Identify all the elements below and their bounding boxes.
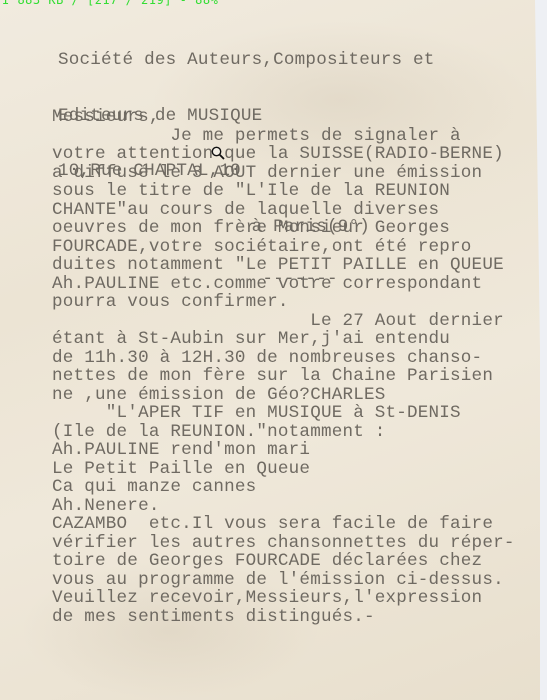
letter-line: Ah.Nenere.	[52, 497, 515, 516]
letter-line: CHANTE"au cours de laquelle diverses	[52, 201, 515, 220]
letter-line: ne ,une émission de Géo?CHARLES	[52, 386, 515, 405]
letter-line: CAZAMBO etc.Il vous sera facile de faire	[52, 515, 515, 534]
letter-line: oeuvres de mon frère Monsieur Georges	[52, 219, 515, 238]
letter-line: toire de Georges FOURCADE déclarées chez	[52, 552, 515, 571]
letter-line: votre attention que la SUISSE(RADIO-BERN…	[52, 145, 515, 164]
letter-line: duites notamment "Le PETIT PAILLE en QUE…	[52, 256, 515, 275]
letter-line: étant à St-Aubin sur Mer,j'ai entendu	[52, 330, 515, 349]
letter-line: Ca qui manze cannes	[52, 478, 515, 497]
letter-line: nettes de mon fère sur la Chaine Parisie…	[52, 367, 515, 386]
letter-body: Messieurs, Je me permets de signaler àvo…	[52, 108, 515, 626]
letter-line: Veuillez recevoir,Messieurs,l'expression	[52, 589, 515, 608]
letter-line: Ah.PAULINE rend'mon mari	[52, 441, 515, 460]
letter-line: de mes sentiments distingués.-	[52, 608, 515, 627]
letter-line: Ah.PAULINE etc.comme votre correspondant	[52, 275, 515, 294]
letter-line: vérifier les autres chansonnettes du rép…	[52, 534, 515, 553]
letter-line: sous le titre de "L'Ile de la REUNION	[52, 182, 515, 201]
letter-line: (Ile de la REUNION."notamment :	[52, 423, 515, 442]
letter-line: "L'APER TIF en MUSIQUE à St-DENIS	[52, 404, 515, 423]
letter-line: de 11h.30 à 12H.30 de nombreuses chanso-	[52, 349, 515, 368]
letter-line: Le 27 Aout dernier	[52, 312, 515, 331]
letter-line: FOURCADE,votre sociétaire,ont été repro	[52, 238, 515, 257]
salutation: Messieurs,	[52, 108, 515, 127]
letter-line: Le Petit Paille en Queue	[52, 460, 515, 479]
magnifier-cursor-icon	[211, 146, 225, 160]
letter-line: pourra vous confirmer.	[52, 293, 515, 312]
letter-line: Je me permets de signaler à	[52, 127, 515, 146]
letter-line: a diffusé le 3 AOUT dernier une émission	[52, 164, 515, 183]
recipient-line: Société des Auteurs,Compositeurs et	[58, 51, 435, 70]
viewer-status-overlay: I 883 KB / [217 / 219] - 88%	[2, 0, 218, 7]
letter-line: vous au programme de l'émission ci-dessu…	[52, 571, 515, 590]
